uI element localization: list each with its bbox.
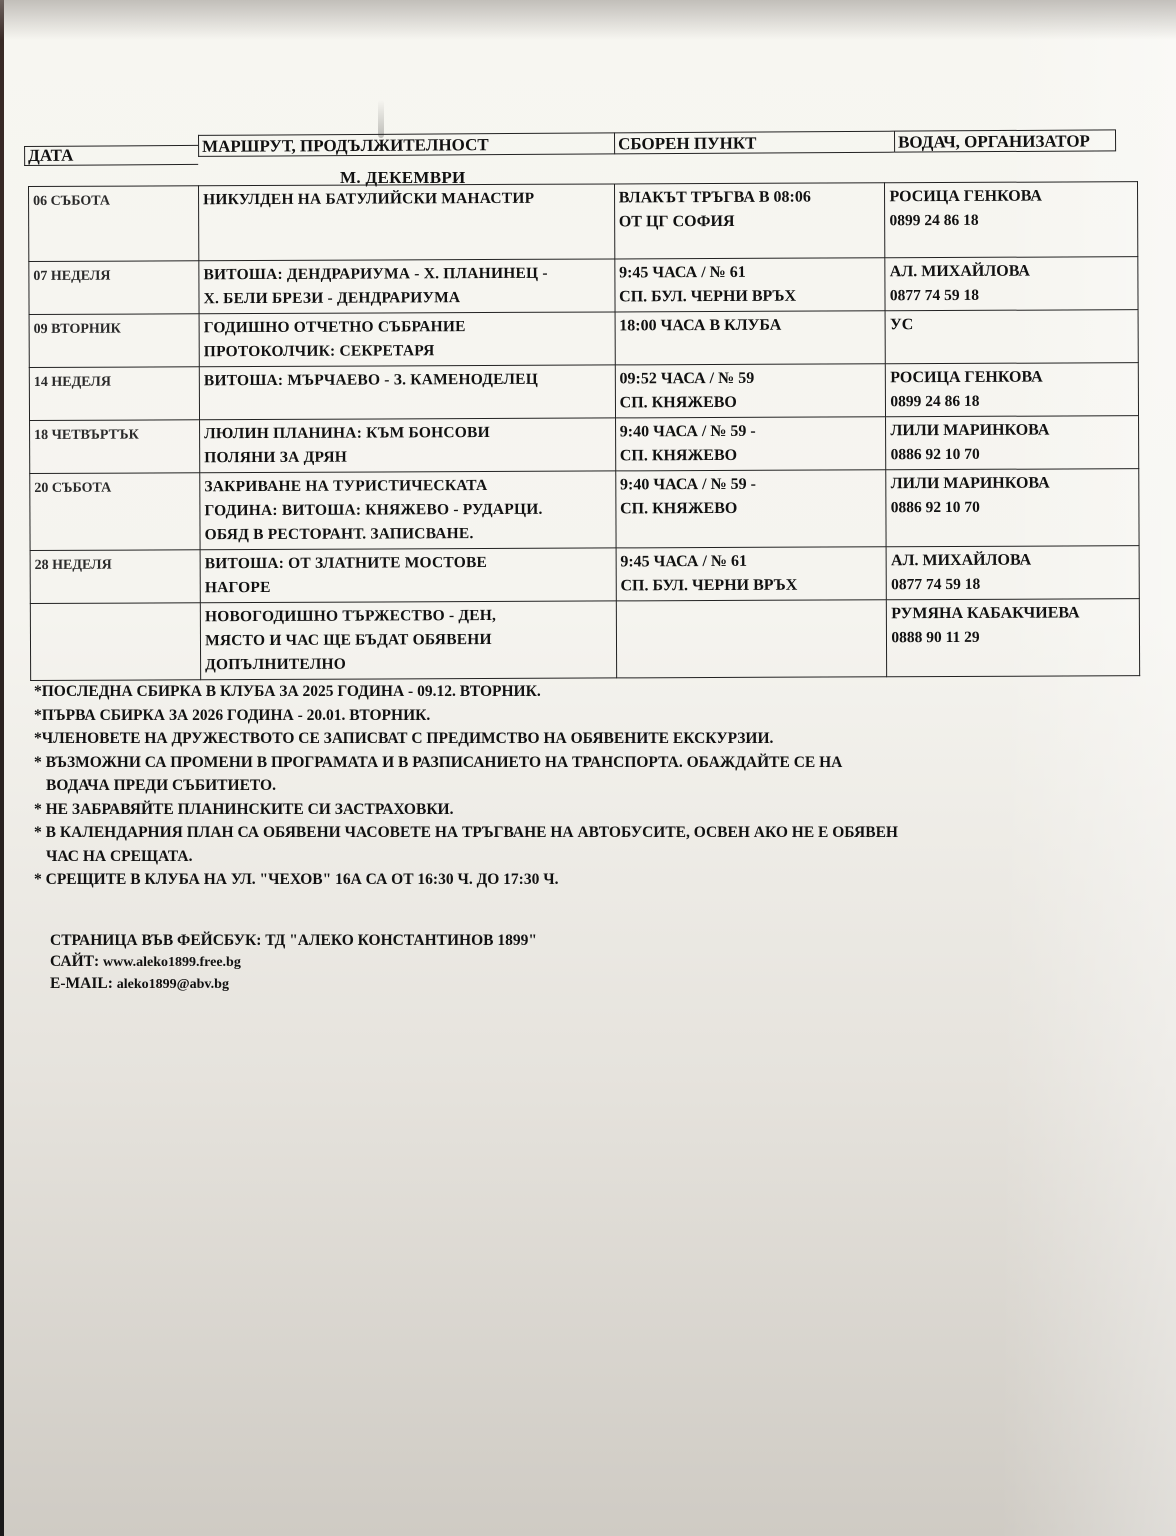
photo-top-shadow [0,0,1176,40]
leader-cell: АЛ. МИХАЙЛОВА0877 74 59 18 [885,257,1138,311]
route-cell: ЛЮЛИН ПЛАНИНА: КЪМ БОНСОВИПОЛЯНИ ЗА ДРЯН [200,418,616,473]
route-line: НАГОРЕ [205,574,612,600]
leader-name: УС [890,312,1134,337]
route-line: НИКУЛДЕН НА БАТУЛИЙСКИ МАНАСТИР [203,186,610,212]
route-line: ПРОТОКОЛЧИК: СЕКРЕТАРЯ [204,338,611,364]
leader-name: АЛ. МИХАЙЛОВА [891,548,1135,573]
meeting-point-line: 9:40 ЧАСА / № 59 - [620,472,882,497]
meeting-point-line: СП. КНЯЖЕВО [620,443,882,468]
meeting-point-cell: 18:00 ЧАСА В КЛУБА [615,311,886,365]
leader-name: РУМЯНА КАБАКЧИЕВА [891,601,1135,626]
meeting-point-line: 9:40 ЧАСА / № 59 - [620,419,882,444]
date-cell: 06 СЪБОТА [29,186,199,262]
table-row: НОВОГОДИШНО ТЪРЖЕСТВО - ДЕН,МЯСТО И ЧАС … [30,599,1139,681]
table-row: 07 НЕДЕЛЯВИТОША: ДЕНДРАРИУМА - Х. ПЛАНИН… [29,257,1138,315]
meeting-point-line: СП. БУЛ. ЧЕРНИ ВРЪХ [620,573,882,598]
note-item: *ПОСЛЕДНА СБИРКА В КЛУБА ЗА 2025 ГОДИНА … [34,680,1074,704]
leader-cell: ЛИЛИ МАРИНКОВА0886 92 10 70 [886,469,1139,547]
date-cell: 28 НЕДЕЛЯ [30,550,200,604]
meeting-point-line: СП. КНЯЖЕВО [620,390,882,415]
email-link[interactable]: aleko1899@abv.bg [117,977,229,992]
meeting-point-line: ОТ ЦГ СОФИЯ [619,209,881,234]
note-line: * ВЪЗМОЖНИ СА ПРОМЕНИ В ПРОГРАМАТА И В Р… [34,754,842,771]
leader-phone: 0899 24 86 18 [890,389,1134,414]
meeting-point-line: 9:45 ЧАСА / № 61 [620,549,882,574]
meeting-point-cell: 9:40 ЧАСА / № 59 -СП. КНЯЖЕВО [615,470,886,548]
note-item: * СРЕЩИТЕ В КЛУБА НА УЛ. "ЧЕХОВ" 16А СА … [34,868,1074,892]
header-meeting-point: СБОРЕН ПУНКТ [614,131,894,155]
table-row: 06 СЪБОТАНИКУЛДЕН НА БАТУЛИЙСКИ МАНАСТИР… [29,182,1138,262]
route-line: Х. БЕЛИ БРЕЗИ - ДЕНДРАРИУМА [204,285,611,311]
meeting-point-line: ВЛАКЪТ ТРЪГВА В 08:06 [619,185,881,210]
route-line: ГОДИШНО ОТЧЕТНО СЪБРАНИЕ [204,314,611,340]
email-label: E-MAIL: [50,975,113,992]
route-line: ВИТОША: ДЕНДРАРИУМА - Х. ПЛАНИНЕЦ - [203,261,610,287]
date-cell: 09 ВТОРНИК [29,314,199,368]
facebook-line: СТРАНИЦА ВЪВ ФЕЙСБУК: ТД "АЛЕКО КОНСТАНТ… [50,930,537,951]
route-line: НОВОГОДИШНО ТЪРЖЕСТВО - ДЕН, [205,603,612,629]
email-line: E-MAIL: aleko1899@abv.bg [50,973,537,995]
site-line: САЙТ: www.aleko1899.free.bg [50,951,537,973]
leader-phone: 0899 24 86 18 [889,208,1133,233]
schedule-table: 06 СЪБОТАНИКУЛДЕН НА БАТУЛИЙСКИ МАНАСТИР… [28,181,1140,681]
note-item: * НЕ ЗАБРАВЯЙТЕ ПЛАНИНСКИТЕ СИ ЗАСТРАХОВ… [34,798,1074,822]
route-line: ГОДИНА: ВИТОША: КНЯЖЕВО - РУДАРЦИ. [204,497,611,523]
photo-left-edge [0,0,4,1536]
table-row: 20 СЪБОТАЗАКРИВАНЕ НА ТУРИСТИЧЕСКАТАГОДИ… [30,469,1139,551]
note-line: *ЧЛЕНОВЕТЕ НА ДРУЖЕСТВОТО СЕ ЗАПИСВАТ С … [34,730,773,747]
table-header-row: ДАТА МАРШРУТ, ПРОДЪЛЖИТЕЛНОСТ СБОРЕН ПУН… [24,129,1116,166]
route-line: ДОПЪЛНИТЕЛНО [205,651,612,677]
leader-cell: РОСИЦА ГЕНКОВА0899 24 86 18 [885,182,1138,258]
leader-phone: 0888 90 11 29 [891,625,1135,650]
note-line: * НЕ ЗАБРАВЯЙТЕ ПЛАНИНСКИТЕ СИ ЗАСТРАХОВ… [34,801,453,818]
leader-phone: 0886 92 10 70 [891,495,1135,520]
route-line: ЗАКРИВАНЕ НА ТУРИСТИЧЕСКАТА [204,473,611,499]
leader-name: РОСИЦА ГЕНКОВА [889,184,1133,209]
leader-name: ЛИЛИ МАРИНКОВА [890,418,1134,443]
route-line: ПОЛЯНИ ЗА ДРЯН [204,444,611,470]
notes-list: *ПОСЛЕДНА СБИРКА В КЛУБА ЗА 2025 ГОДИНА … [34,680,1074,892]
meeting-point-cell [616,600,887,678]
leader-phone: 0877 74 59 18 [891,572,1135,597]
route-cell: НОВОГОДИШНО ТЪРЖЕСТВО - ДЕН,МЯСТО И ЧАС … [200,601,616,680]
route-line: ЛЮЛИН ПЛАНИНА: КЪМ БОНСОВИ [204,420,611,446]
route-cell: ЗАКРИВАНЕ НА ТУРИСТИЧЕСКАТАГОДИНА: ВИТОШ… [200,471,616,550]
meeting-point-cell: 9:45 ЧАСА / № 61СП. БУЛ. ЧЕРНИ ВРЪХ [616,547,887,601]
note-line: * В КАЛЕНДАРНИЯ ПЛАН СА ОБЯВЕНИ ЧАСОВЕТЕ… [34,824,898,841]
note-item: *ПЪРВА СБИРКА ЗА 2026 ГОДИНА - 20.01. ВТ… [34,704,1074,728]
facebook-value: ТД "АЛЕКО КОНСТАНТИНОВ 1899" [265,932,537,949]
route-line: ВИТОША: ОТ ЗЛАТНИТЕ МОСТОВЕ [205,550,612,576]
date-cell: 14 НЕДЕЛЯ [29,367,199,421]
meeting-point-line: 18:00 ЧАСА В КЛУБА [619,313,881,338]
date-cell [30,603,200,681]
leader-cell: УС [885,310,1138,364]
note-item: * В КАЛЕНДАРНИЯ ПЛАН СА ОБЯВЕНИ ЧАСОВЕТЕ… [34,821,1074,868]
date-cell: 20 СЪБОТА [30,473,200,551]
header-leader: ВОДАЧ, ОРГАНИЗАТОР [894,129,1116,152]
note-line: *ПОСЛЕДНА СБИРКА В КЛУБА ЗА 2025 ГОДИНА … [34,683,541,700]
meeting-point-line: СП. БУЛ. ЧЕРНИ ВРЪХ [619,284,881,309]
leader-name: РОСИЦА ГЕНКОВА [890,365,1134,390]
meeting-point-cell: ВЛАКЪТ ТРЪГВА В 08:06ОТ ЦГ СОФИЯ [614,183,885,259]
meeting-point-cell: 9:45 ЧАСА / № 61СП. БУЛ. ЧЕРНИ ВРЪХ [614,258,885,312]
note-line: * СРЕЩИТЕ В КЛУБА НА УЛ. "ЧЕХОВ" 16А СА … [34,871,558,888]
leader-cell: ЛИЛИ МАРИНКОВА0886 92 10 70 [886,416,1139,470]
route-cell: ГОДИШНО ОТЧЕТНО СЪБРАНИЕПРОТОКОЛЧИК: СЕК… [199,312,615,367]
meeting-point-line: СП. КНЯЖЕВО [620,496,882,521]
meeting-point-cell: 09:52 ЧАСА / № 59СП. КНЯЖЕВО [615,364,886,418]
header-route: МАРШРУТ, ПРОДЪЛЖИТЕЛНОСТ [198,132,614,157]
route-cell: НИКУЛДЕН НА БАТУЛИЙСКИ МАНАСТИР [199,184,615,261]
staple-mark [378,100,384,138]
route-line: ВИТОША: МЪРЧАЕВО - З. КАМЕНОДЕЛЕЦ [204,367,611,393]
route-cell: ВИТОША: МЪРЧАЕВО - З. КАМЕНОДЕЛЕЦ [199,365,615,420]
meeting-point-line: 9:45 ЧАСА / № 61 [619,260,881,285]
site-link[interactable]: www.aleko1899.free.bg [103,955,241,970]
leader-phone: 0886 92 10 70 [891,442,1135,467]
leader-name: ЛИЛИ МАРИНКОВА [891,471,1135,496]
note-line: ВОДАЧА ПРЕДИ СЪБИТИЕТО. [34,774,1074,798]
table-row: 28 НЕДЕЛЯВИТОША: ОТ ЗЛАТНИТЕ МОСТОВЕНАГО… [30,546,1139,604]
meeting-point-line: 09:52 ЧАСА / № 59 [619,366,881,391]
leader-cell: РОСИЦА ГЕНКОВА0899 24 86 18 [886,363,1139,417]
table-row: 18 ЧЕТВЪРТЪКЛЮЛИН ПЛАНИНА: КЪМ БОНСОВИПО… [30,416,1139,474]
leader-phone: 0877 74 59 18 [890,283,1134,308]
note-line: *ПЪРВА СБИРКА ЗА 2026 ГОДИНА - 20.01. ВТ… [34,707,430,724]
meeting-point-cell: 9:40 ЧАСА / № 59 -СП. КНЯЖЕВО [615,417,886,471]
route-cell: ВИТОША: ДЕНДРАРИУМА - Х. ПЛАНИНЕЦ -Х. БЕ… [199,259,615,314]
route-line: ОБЯД В РЕСТОРАНТ. ЗАПИСВАНЕ. [205,521,612,547]
leader-name: АЛ. МИХАЙЛОВА [890,259,1134,284]
table-row: 14 НЕДЕЛЯВИТОША: МЪРЧАЕВО - З. КАМЕНОДЕЛ… [29,363,1138,421]
leader-cell: РУМЯНА КАБАКЧИЕВА0888 90 11 29 [887,599,1140,677]
header-date: ДАТА [24,145,198,166]
table-row: 09 ВТОРНИКГОДИШНО ОТЧЕТНО СЪБРАНИЕПРОТОК… [29,310,1138,368]
site-label: САЙТ: [50,953,99,970]
route-cell: ВИТОША: ОТ ЗЛАТНИТЕ МОСТОВЕНАГОРЕ [200,548,616,603]
note-item: * ВЪЗМОЖНИ СА ПРОМЕНИ В ПРОГРАМАТА И В Р… [34,751,1074,798]
contacts-block: СТРАНИЦА ВЪВ ФЕЙСБУК: ТД "АЛЕКО КОНСТАНТ… [50,930,537,995]
note-line: ЧАС НА СРЕЩАТА. [34,845,1074,869]
date-cell: 07 НЕДЕЛЯ [29,261,199,315]
facebook-label: СТРАНИЦА ВЪВ ФЕЙСБУК: [50,932,261,949]
route-line: МЯСТО И ЧАС ЩЕ БЪДАТ ОБЯВЕНИ [205,627,612,653]
date-cell: 18 ЧЕТВЪРТЪК [30,420,200,474]
note-item: *ЧЛЕНОВЕТЕ НА ДРУЖЕСТВОТО СЕ ЗАПИСВАТ С … [34,727,1074,751]
leader-cell: АЛ. МИХАЙЛОВА0877 74 59 18 [886,546,1139,600]
